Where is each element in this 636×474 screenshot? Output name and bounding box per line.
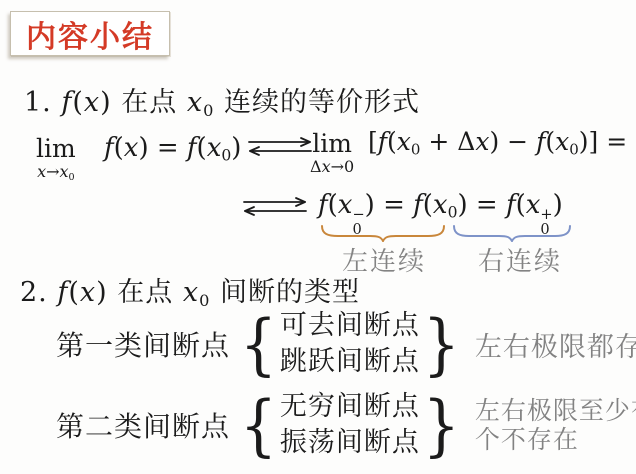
title-box: 内容小结: [10, 11, 170, 56]
discontinuity-items: 可去间断点 跳跃间断点: [280, 308, 420, 381]
close-brace-icon: }: [423, 392, 460, 459]
lim-subscript: x→x0: [37, 164, 75, 182]
close-brace-icon: }: [423, 311, 460, 378]
page-title: 内容小结: [26, 12, 154, 56]
second-class-discontinuity-row: 第二类间断点 { 无穷间断点 振荡间断点 } 左右极限至少有一个不存在: [56, 389, 636, 462]
equation1-left: f(x) = f(x0): [104, 133, 241, 165]
lim-subscript: Δx→0: [310, 159, 354, 175]
row-note: 左右极限至少有一个不存在: [475, 396, 636, 455]
section1-heading: 1. f(x) 在点 x0 连续的等价形式: [24, 80, 420, 120]
limit-x-to-x0: lim x→x0: [36, 136, 76, 182]
equation1-right: [f(x0 + Δx) − f(x0)] = 0: [368, 127, 636, 159]
list-item: 跳跃间断点: [280, 344, 420, 380]
row-label: 第一类间断点: [56, 324, 230, 364]
equivalence-arrow-icon: [248, 137, 312, 157]
open-brace-icon: {: [240, 392, 277, 459]
first-class-discontinuity-row: 第一类间断点 { 可去间断点 跳跃间断点 } 左右极限都存在: [56, 308, 636, 381]
list-item: 无穷间断点: [280, 389, 420, 425]
underbrace-left-icon: [320, 224, 446, 242]
underbrace-right-icon: [452, 224, 572, 242]
equivalence-arrow-icon: [243, 197, 307, 217]
list-item: 可去间断点: [280, 308, 420, 344]
discontinuity-items: 无穷间断点 振荡间断点: [280, 389, 420, 462]
right-continuous-label: 右连续: [478, 241, 562, 278]
open-brace-icon: {: [240, 311, 277, 378]
row-label: 第二类间断点: [56, 405, 230, 445]
lecture-slide: 内容小结 1. f(x) 在点 x0 连续的等价形式 lim x→x0 f(x)…: [0, 0, 636, 474]
list-item: 振荡间断点: [280, 425, 420, 461]
section2-heading: 2. f(x) 在点 x0 间断的类型: [20, 270, 360, 310]
lim-word: lim: [36, 136, 76, 161]
row-note: 左右极限都存在: [475, 325, 636, 364]
limit-dx-to-0: lim Δx→0: [310, 131, 354, 175]
lim-word: lim: [312, 131, 352, 156]
